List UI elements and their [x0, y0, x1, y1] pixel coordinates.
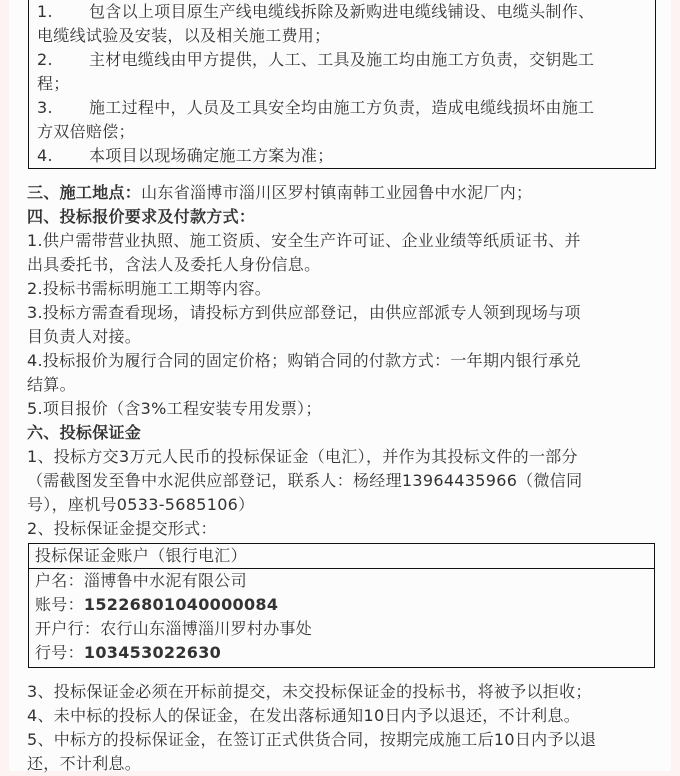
- section4-heading: 四、投标报价要求及付款方式：: [27, 205, 655, 229]
- account-number-value: 15226801040000084: [84, 595, 278, 614]
- account-bank-row: 开户行：农行山东淄博淄川罗村办事处: [29, 617, 654, 641]
- section6-line: 2、投标保证金提交形式：: [27, 517, 655, 541]
- section4-line: 结算。: [27, 373, 655, 397]
- account-name-value: 淄博鲁中水泥有限公司: [84, 571, 247, 590]
- section3-text: 山东省淄博市淄川区罗村镇南韩工业园鲁中水泥厂内；: [141, 183, 532, 202]
- scope-item-1: 1.包含以上项目原生产线电缆线拆除及新购进电缆线铺设、电缆头制作、: [37, 0, 647, 24]
- section4-line: 4.投标报价为履行合同的固定价格；购销合同的付款方式：一年期内银行承兑: [27, 349, 655, 373]
- scope-item-2: 2.主材电缆线由甲方提供，人工、工具及施工均由施工方负责，交钥匙工: [37, 48, 647, 72]
- section6-heading: 六、投标保证金: [27, 421, 655, 445]
- scope-item-3: 3.施工过程中，人员及工具安全均由施工方负责，造成电缆线损坏由施工: [37, 96, 647, 120]
- section6-after-line: 3、投标保证金必须在开标前提交，未交投标保证金的投标书，将被予以拒收；: [27, 680, 655, 704]
- section6-after-line: 还，不计利息。: [27, 752, 655, 771]
- document-content: 1.包含以上项目原生产线电缆线拆除及新购进电缆线铺设、电缆头制作、 电缆线试验及…: [27, 0, 655, 771]
- section6-line: 号），座机号0533-5685106）: [27, 493, 655, 517]
- section6-line: 1、投标方交3万元人民币的投标保证金（电汇），并作为其投标文件的一部分: [27, 445, 655, 469]
- section6-line: （需截图发至鲁中水泥供应部登记，联系人：杨经理13964435966（微信同: [27, 469, 655, 493]
- section6-after-line: 4、未中标的投标人的保证金，在发出落标通知10日内予以退还，不计利息。: [27, 704, 655, 728]
- section6-after-line: 5、中标方的投标保证金，在签订正式供货合同，按期完成施工后10日内予以退: [27, 728, 655, 752]
- section4-line: 3.投标方需查看现场，请投标方到供应部登记，由供应部派专人领到现场与项: [27, 301, 655, 325]
- section4-line: 5.项目报价（含3%工程安装专用发票）；: [27, 397, 655, 421]
- scope-item-4: 4.本项目以现场确定施工方案为准；: [37, 144, 647, 168]
- section4-line: 目负责人对接。: [27, 325, 655, 349]
- scope-item-3-cont: 方双倍赔偿；: [37, 120, 647, 144]
- scope-item-1-cont: 电缆线试验及安装，以及相关施工费用；: [37, 24, 647, 48]
- section4-line: 2.投标书需标明施工工期等内容。: [27, 277, 655, 301]
- account-title: 投标保证金账户（银行电汇）: [29, 544, 654, 569]
- account-code-value: 103453022630: [84, 643, 221, 662]
- section3-location: 三、施工地点：山东省淄博市淄川区罗村镇南韩工业园鲁中水泥厂内；: [27, 181, 655, 205]
- section3-heading: 三、施工地点：: [27, 183, 141, 202]
- account-name-row: 户名：淄博鲁中水泥有限公司: [29, 569, 654, 593]
- document-page: 1.包含以上项目原生产线电缆线拆除及新购进电缆线铺设、电缆头制作、 电缆线试验及…: [9, 0, 671, 771]
- account-code-row: 行号：103453022630: [29, 641, 654, 665]
- section4-line: 1.供户需带营业执照、施工资质、安全生产许可证、企业业绩等纸质证书、并: [27, 229, 655, 253]
- account-number-row: 账号：15226801040000084: [29, 593, 654, 617]
- scope-box: 1.包含以上项目原生产线电缆线拆除及新购进电缆线铺设、电缆头制作、 电缆线试验及…: [28, 0, 656, 169]
- section4-line: 出具委托书，含法人及委托人身份信息。: [27, 253, 655, 277]
- account-bank-value: 农行山东淄博淄川罗村办事处: [100, 619, 312, 638]
- deposit-account-table: 投标保证金账户（银行电汇） 户名：淄博鲁中水泥有限公司 账号：152268010…: [28, 543, 655, 668]
- scope-item-2-cont: 程；: [37, 72, 647, 96]
